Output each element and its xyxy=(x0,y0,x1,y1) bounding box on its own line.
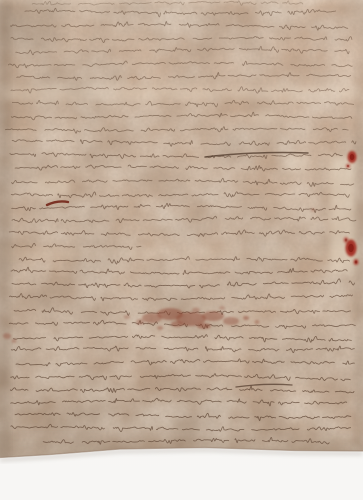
rust-stain xyxy=(219,306,225,310)
wax-spot-core xyxy=(345,239,348,242)
rust-stain xyxy=(136,319,144,325)
letter-artwork-layer xyxy=(0,0,363,500)
paper-content xyxy=(0,0,363,460)
rust-stain xyxy=(192,308,200,313)
wax-spot-core xyxy=(355,261,358,264)
rust-stain xyxy=(12,339,17,343)
rust-stain xyxy=(171,321,183,327)
rust-stain xyxy=(202,311,224,321)
wax-spot-core xyxy=(350,154,355,160)
wax-spot-core xyxy=(348,244,354,253)
rust-stain xyxy=(124,315,130,319)
rust-stain xyxy=(255,320,260,324)
rust-stain xyxy=(223,317,239,325)
rust-stain xyxy=(157,326,163,330)
rust-stain xyxy=(197,323,211,329)
rust-stain xyxy=(243,316,249,320)
wax-spot-core xyxy=(347,165,349,167)
rust-stain xyxy=(3,333,11,339)
rust-stain xyxy=(311,209,315,212)
scanned-letter-image xyxy=(0,0,363,500)
